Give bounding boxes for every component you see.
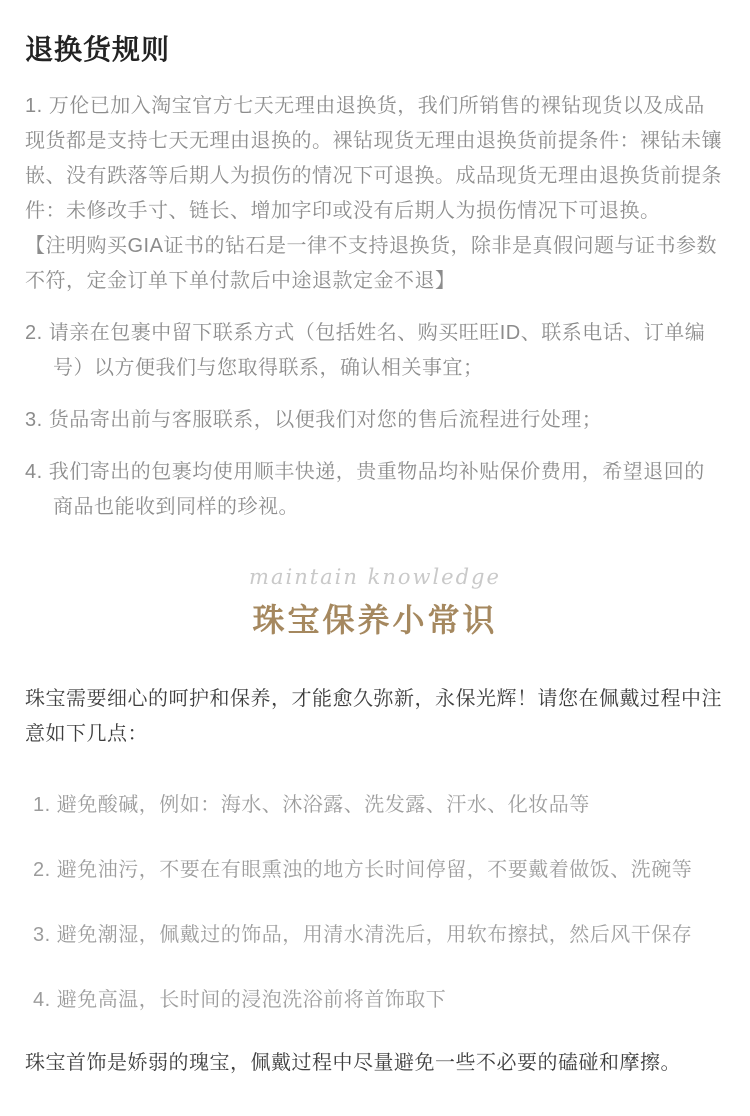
maintenance-item-oil: 2. 避免油污，不要在有眼熏浊的地方长时间停留，不要戴着做饭、洗碗等 [33, 853, 725, 888]
maintenance-item-heat: 4. 避免高温，长时间的浸泡洗浴前将首饰取下 [33, 983, 725, 1018]
maintenance-footer: 珠宝首饰是娇弱的瑰宝，佩戴过程中尽量避免一些不必要的磕碰和摩擦。 [25, 1046, 725, 1081]
returns-heading: 退换货规则 [25, 33, 725, 67]
maintenance-eyebrow-text: maintain knowledge [25, 565, 725, 590]
maintenance-header: maintain knowledge 珠宝保养小常识 [25, 565, 725, 640]
returns-item-1-note: 【注明购买GIA证书的钻石是一律不支持退换货，除非是真假问题与证书参数不符，定金… [25, 229, 725, 299]
jewelry-policy-page: 退换货规则 1. 万伦已加入淘宝官方七天无理由退换货，我们所销售的裸钻现货以及成… [0, 0, 750, 1116]
returns-item-4: 4. 我们寄出的包裹均使用顺丰快递，贵重物品均补贴保价费用，希望退回的商品也能收… [25, 455, 725, 525]
maintenance-intro: 珠宝需要细心的呵护和保养，才能愈久弥新，永保光辉！请您在佩戴过程中注意如下几点： [25, 682, 725, 752]
maintenance-item-acid: 1. 避免酸碱，例如：海水、沐浴露、洗发露、汗水、化妆品等 [33, 788, 725, 823]
maintenance-item-damp: 3. 避免潮湿，佩戴过的饰品，用清水清洗后，用软布擦拭，然后风干保存 [33, 918, 725, 953]
maintenance-title: 珠宝保养小常识 [25, 600, 725, 640]
returns-item-2: 2. 请亲在包裹中留下联系方式（包括姓名、购买旺旺ID、联系电话、订单编号）以方… [25, 316, 725, 386]
returns-item-1: 1. 万伦已加入淘宝官方七天无理由退换货，我们所销售的裸钻现货以及成品现货都是支… [25, 89, 725, 229]
returns-item-3: 3. 货品寄出前与客服联系，以便我们对您的售后流程进行处理； [25, 403, 725, 438]
